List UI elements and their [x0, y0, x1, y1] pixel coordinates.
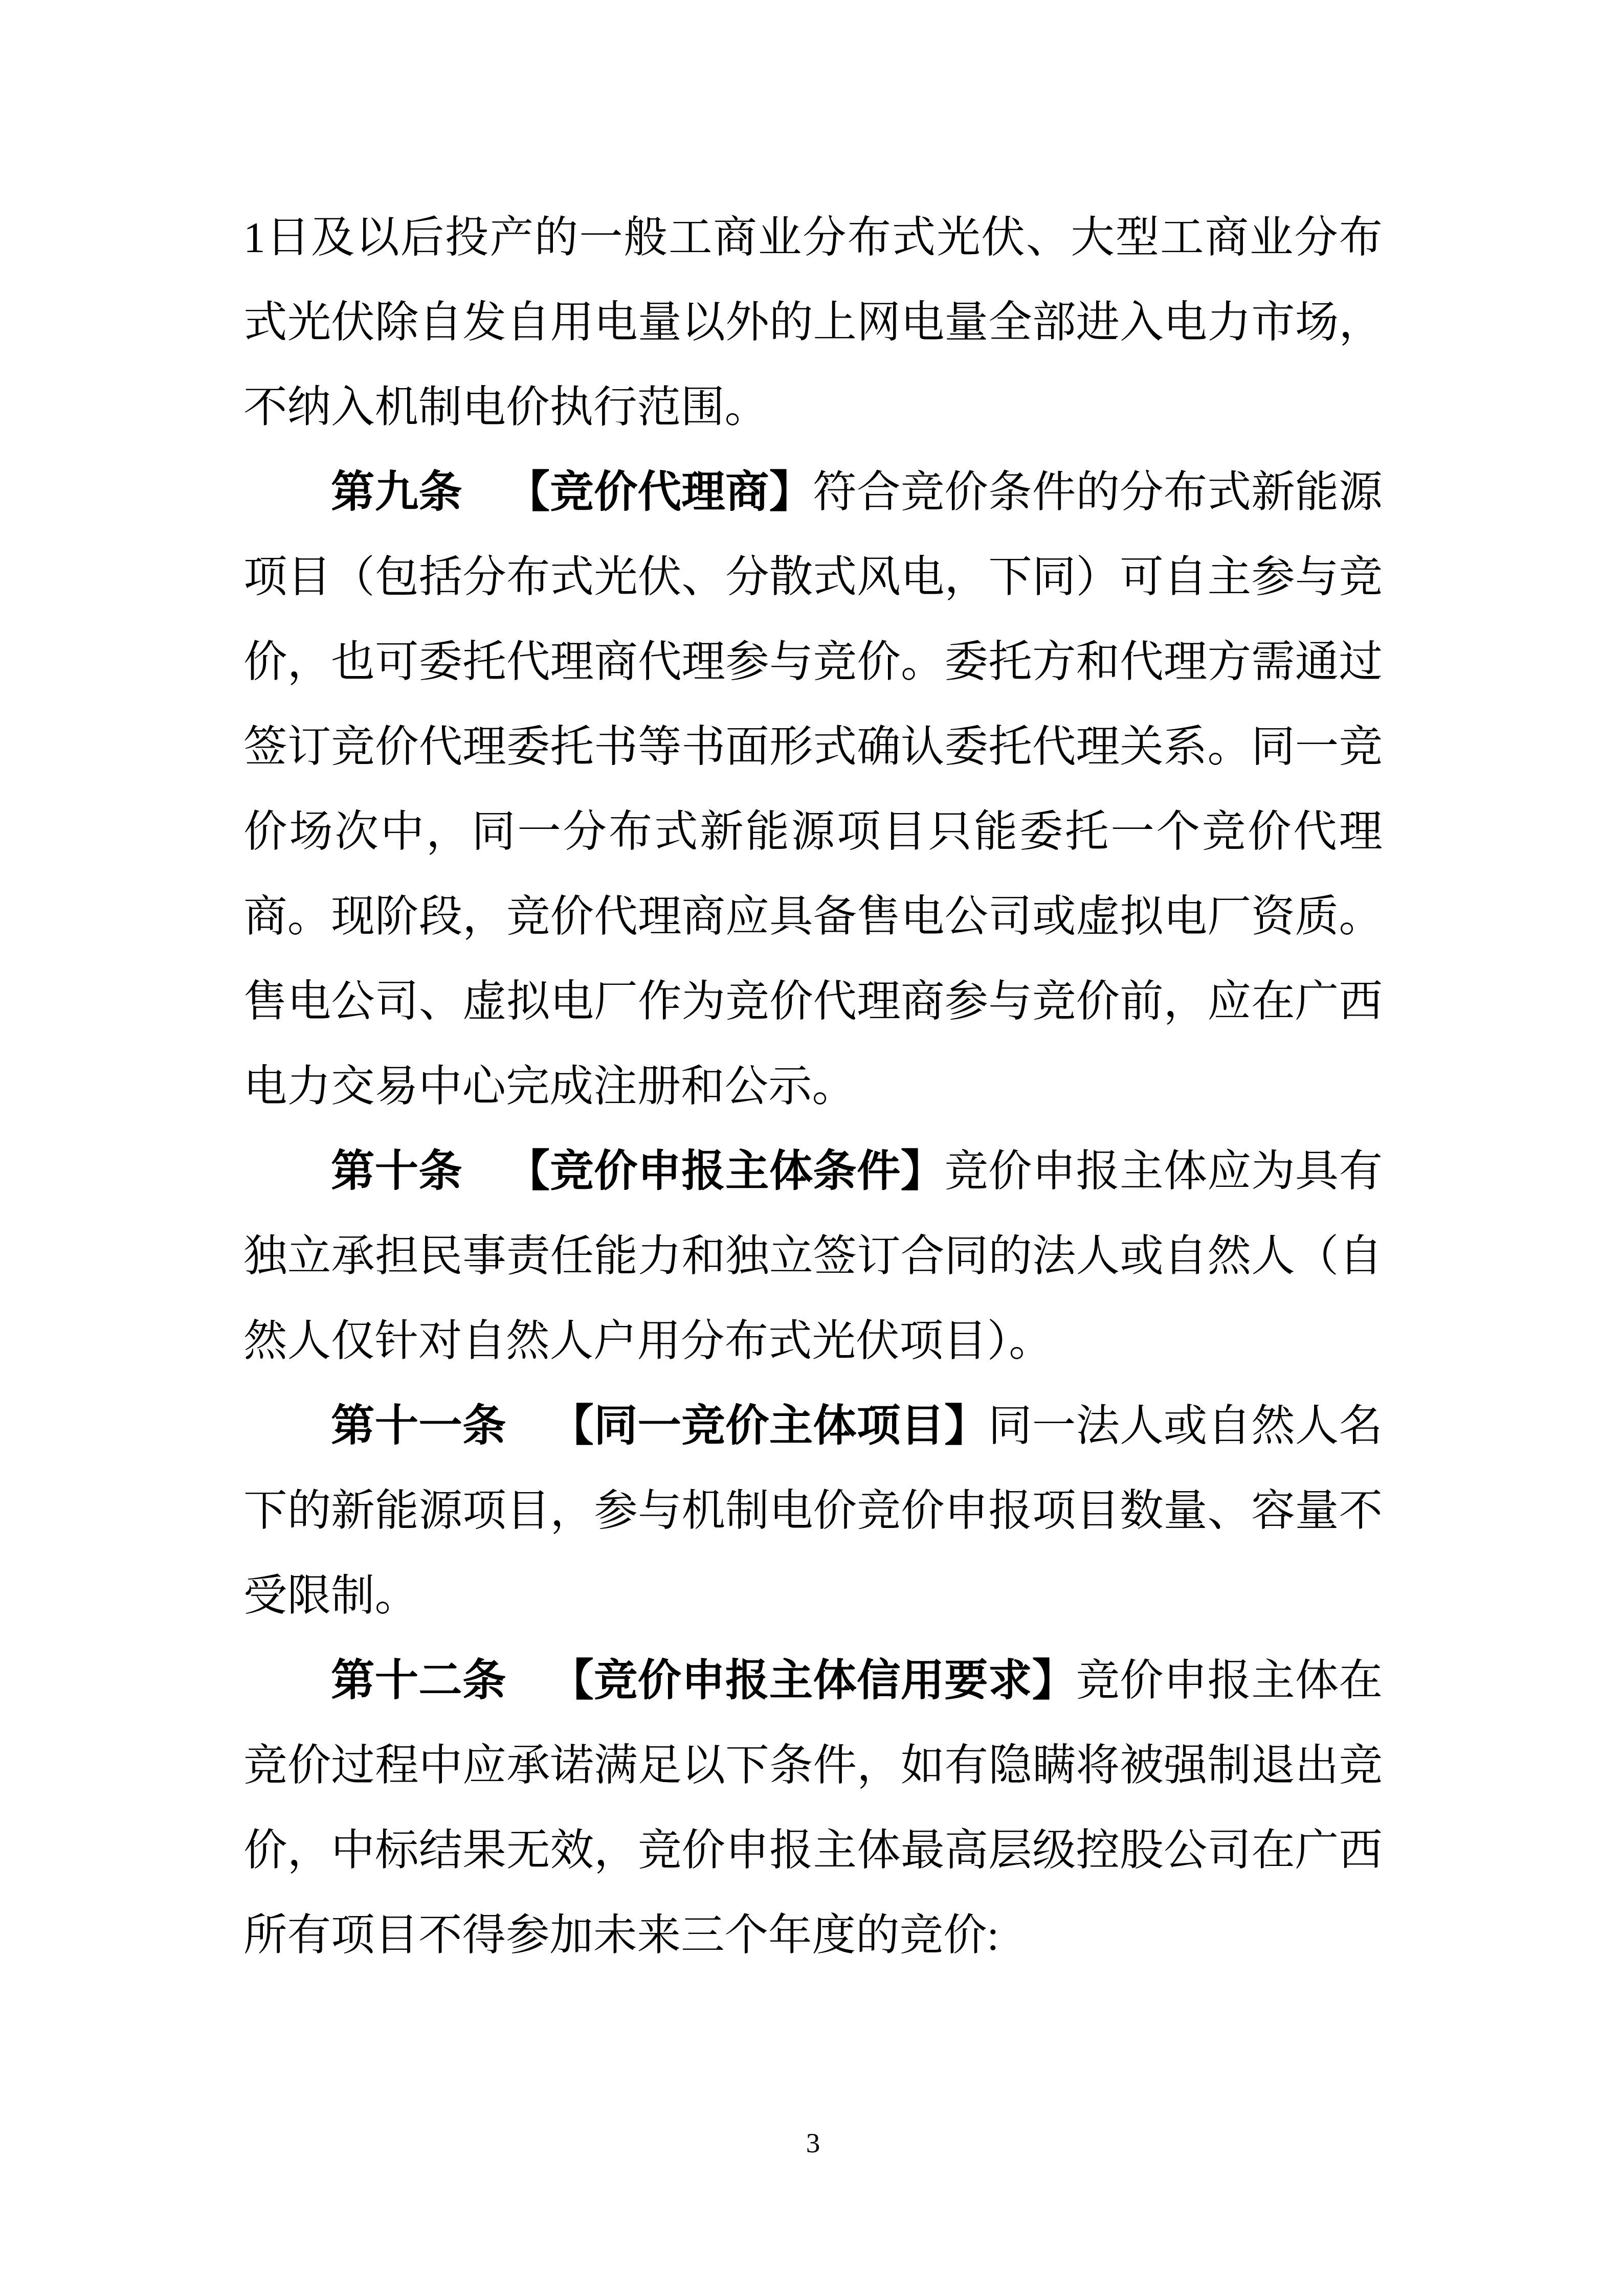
paragraph-article-10: 第十条【竞价申报主体条件】竞价申报主体应为具有独立承担民事责任能力和独立签订合同…	[243, 1129, 1383, 1384]
article-body: 符合竞价条件的分布式新能源项目（包括分布式光伏、分散式风电，下同）可自主参与竞价…	[243, 468, 1383, 1111]
article-number: 第十二条	[331, 1657, 506, 1705]
article-title: 【同一竞价主体项目】	[550, 1402, 988, 1450]
document-page: 1日及以后投产的一般工商业分布式光伏、大型工商业分布式光伏除自发自用电量以外的上…	[0, 0, 1624, 2296]
paragraph-article-12: 第十二条【竞价申报主体信用要求】竞价申报主体在竞价过程中应承诺满足以下条件，如有…	[243, 1638, 1383, 1978]
page-number: 3	[806, 2127, 820, 2158]
paragraph-body: 1日及以后投产的一般工商业分布式光伏、大型工商业分布式光伏除自发自用电量以外的上…	[243, 214, 1383, 432]
document-body: 1日及以后投产的一般工商业分布式光伏、大型工商业分布式光伏除自发自用电量以外的上…	[243, 195, 1383, 1978]
article-number: 第九条	[331, 468, 462, 516]
article-number: 第十条	[331, 1147, 462, 1196]
article-title: 【竞价代理商】	[506, 468, 813, 516]
article-number: 第十一条	[331, 1402, 506, 1450]
article-title: 【竞价申报主体信用要求】	[550, 1657, 1076, 1705]
page-footer: 3	[243, 2127, 1383, 2159]
paragraph-article-9: 第九条【竞价代理商】符合竞价条件的分布式新能源项目（包括分布式光伏、分散式风电，…	[243, 450, 1383, 1129]
paragraph-continuation: 1日及以后投产的一般工商业分布式光伏、大型工商业分布式光伏除自发自用电量以外的上…	[243, 195, 1383, 450]
paragraph-article-11: 第十一条【同一竞价主体项目】同一法人或自然人名下的新能源项目，参与机制电价竞价申…	[243, 1384, 1383, 1638]
article-title: 【竞价申报主体条件】	[506, 1147, 945, 1196]
